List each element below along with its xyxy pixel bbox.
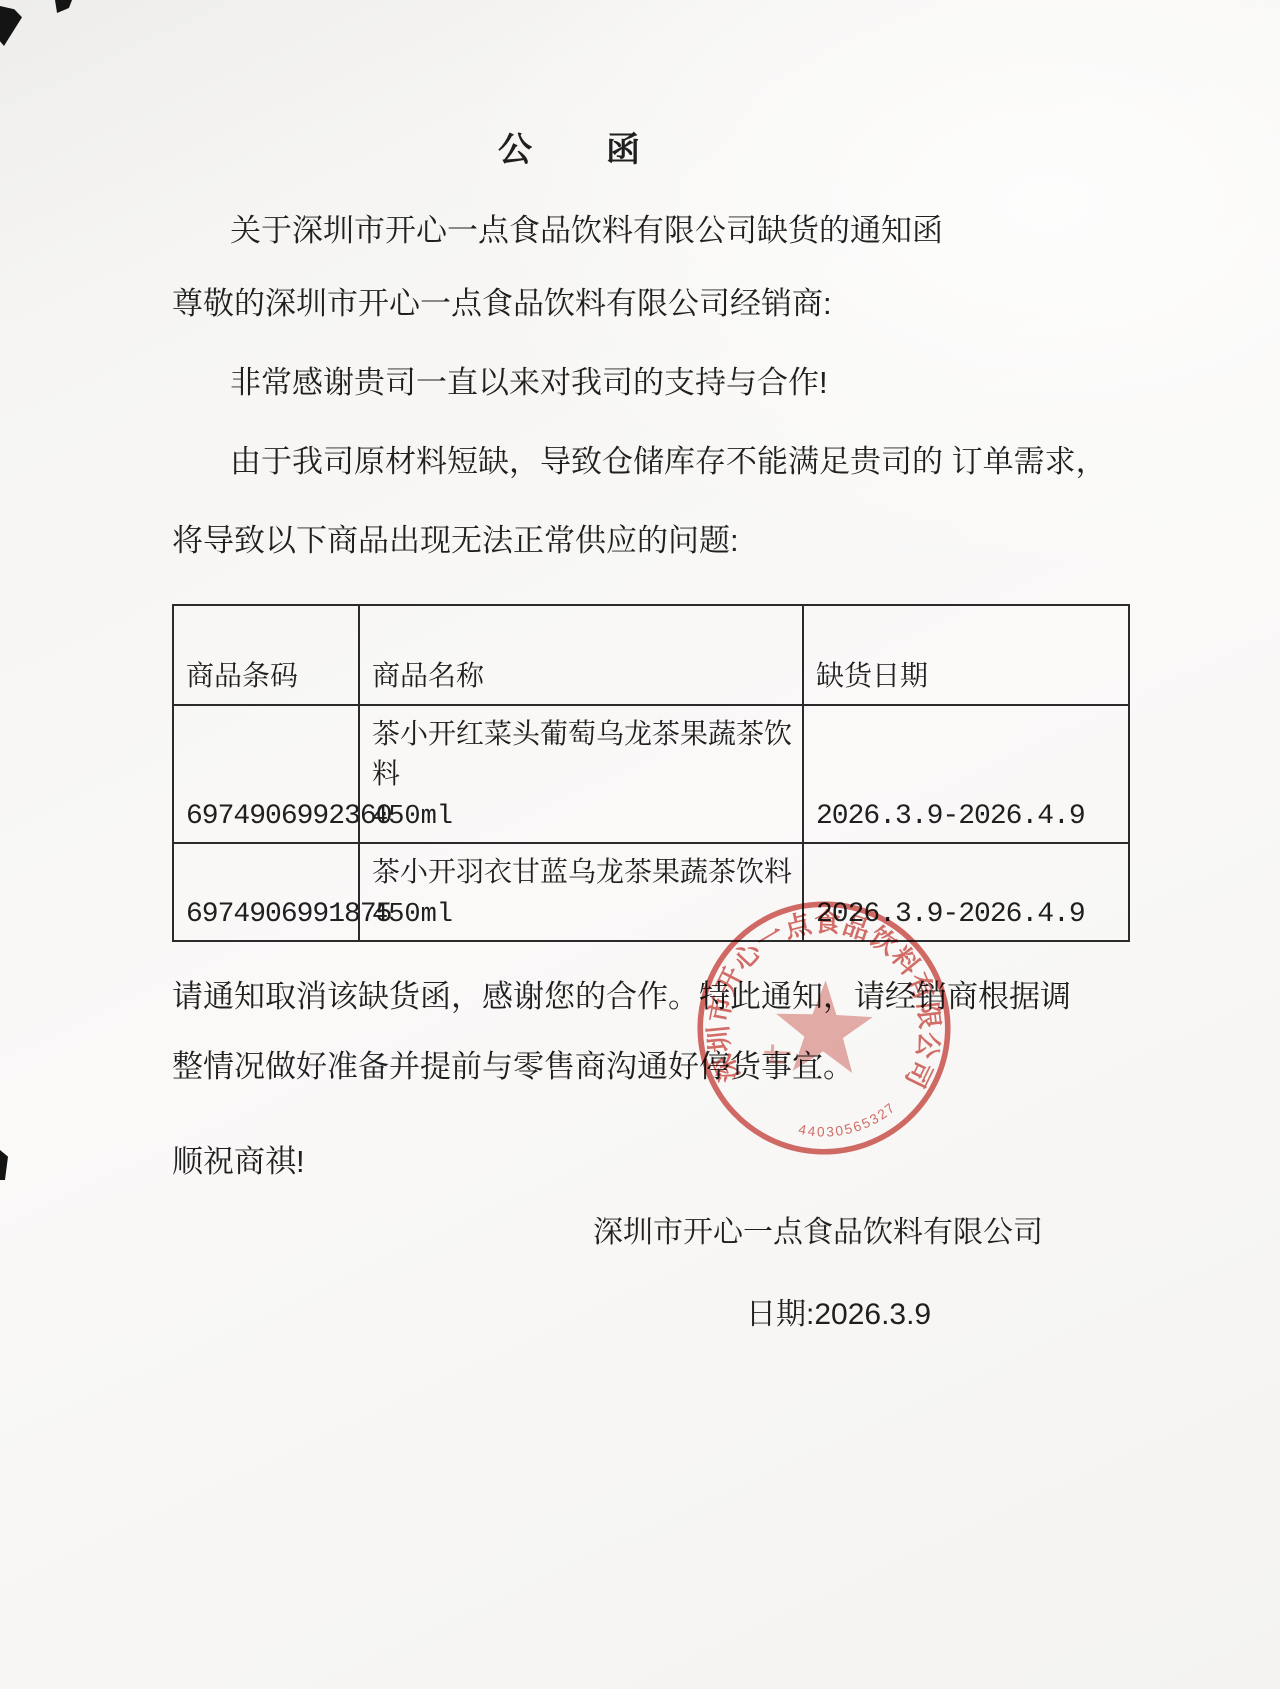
product-spec: 450ml [372, 900, 792, 930]
scan-artifact-top-edge [55, 0, 72, 13]
paragraph-lead-in: 将导致以下商品出现无法正常供应的问题: [172, 515, 1136, 560]
shortage-date-cell: 2026.3.9-2026.4.9 [803, 843, 1129, 941]
regards: 顺祝商祺! [172, 1136, 1136, 1181]
scan-artifact-left-edge [0, 1150, 8, 1180]
barcode-cell: 6974906991875 [173, 843, 359, 941]
product-name-cell: 茶小开羽衣甘蓝乌龙茶果蔬茶饮料 450ml [359, 843, 803, 941]
product-name: 茶小开羽衣甘蓝乌龙茶果蔬茶饮料 [372, 850, 792, 890]
barcode-cell: 6974906992360 [173, 705, 359, 843]
paragraph-thanks: 非常感谢贵司一直以来对我司的支持与合作! [172, 357, 1136, 402]
table-header-row: 商品条码 商品名称 缺货日期 [173, 605, 1129, 705]
shortage-date-cell: 2026.3.9-2026.4.9 [803, 705, 1129, 843]
letter-subject: 关于深圳市开心一点食品饮料有限公司缺货的通知函 [172, 205, 1136, 250]
header-shortage-date: 缺货日期 [803, 605, 1129, 705]
table-row: 6974906991875 茶小开羽衣甘蓝乌龙茶果蔬茶饮料 450ml 2026… [173, 843, 1129, 941]
signature-date: 日期:2026.3.9 [746, 1289, 1136, 1333]
scanned-letter-page: 公 函 关于深圳市开心一点食品饮料有限公司缺货的通知函 尊敬的深圳市开心一点食品… [0, 0, 1280, 1689]
paragraph-closing: 请通知取消该缺货函，感谢您的合作。特此通知，请经销商根据调整情况做好准备并提前与… [172, 962, 1088, 1102]
salutation: 尊敬的深圳市开心一点食品饮料有限公司经销商: [172, 278, 1136, 323]
product-name-cell: 茶小开红菜头葡萄乌龙茶果蔬茶饮料 450ml [359, 705, 803, 843]
table-row: 6974906992360 茶小开红菜头葡萄乌龙茶果蔬茶饮料 450ml 202… [173, 705, 1129, 843]
shortage-table: 商品条码 商品名称 缺货日期 6974906992360 茶小开红菜头葡萄乌龙茶… [172, 604, 1130, 942]
product-spec: 450ml [372, 802, 792, 832]
header-barcode: 商品条码 [173, 605, 359, 705]
letter-title: 公 函 [498, 122, 1136, 171]
scan-artifact-top-left [0, 6, 22, 46]
product-name: 茶小开红菜头葡萄乌龙茶果蔬茶饮料 [372, 712, 792, 792]
signature-company: 深圳市开心一点食品饮料有限公司 [593, 1207, 1136, 1251]
paragraph-reason: 由于我司原材料短缺，导致仓储库存不能满足贵司的 订单需求， [172, 436, 1136, 481]
letter-body: 公 函 关于深圳市开心一点食品饮料有限公司缺货的通知函 尊敬的深圳市开心一点食品… [172, 0, 1136, 1333]
header-product-name: 商品名称 [359, 605, 803, 705]
